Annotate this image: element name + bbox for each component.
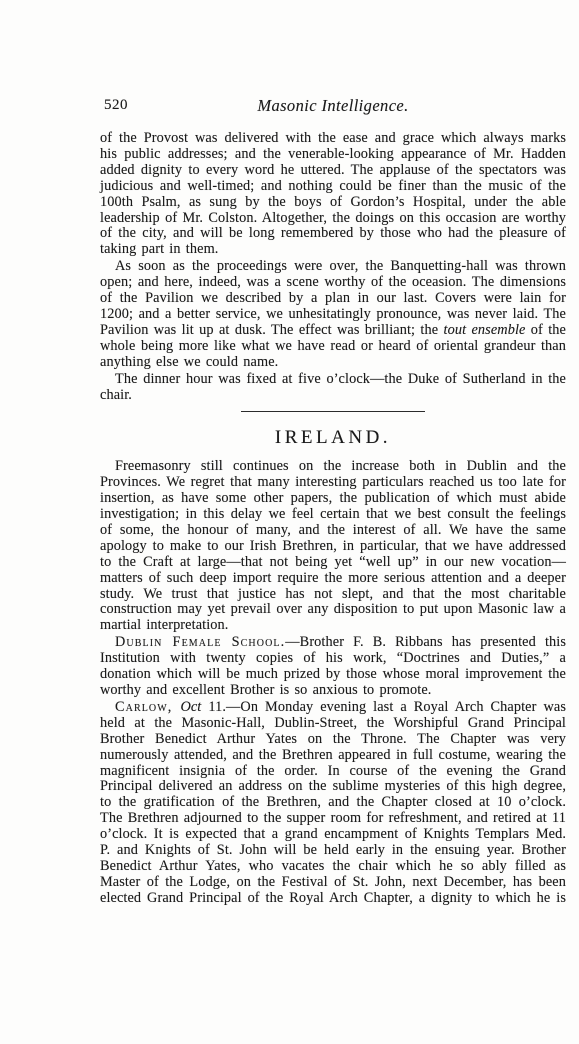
page-content: 520 Masonic Intelligence. of the Provost… <box>100 96 566 908</box>
paragraph-dublin-female-school: Dublin Female School.—Brother F. B. Ribb… <box>100 635 566 699</box>
smallcaps-lead-carlow: Carlow, <box>115 699 180 715</box>
paragraph-dinner-hour: The dinner hour was fixed at five o’cloc… <box>100 372 566 404</box>
scanned-book-page: 520 Masonic Intelligence. of the Provost… <box>0 0 579 1044</box>
running-title: Masonic Intelligence. <box>100 96 566 116</box>
article-body: of the Provost was delivered with the ea… <box>100 131 566 907</box>
smallcaps-lead-dublin-female-school: Dublin Female School. <box>115 634 285 650</box>
italic-phrase-tout-ensemble: tout ensemble <box>444 322 526 338</box>
page-number: 520 <box>104 97 128 114</box>
section-divider-rule <box>241 411 425 412</box>
paragraph-carlow-report: Carlow, Oct 11.—On Monday evening last a… <box>100 700 566 907</box>
paragraph-ireland-intro: Freemasonry still continues on the incre… <box>100 459 566 634</box>
section-heading-ireland: IRELAND. <box>100 430 566 446</box>
italic-date-oct: Oct <box>180 699 201 715</box>
paragraph-banquetting-hall: As soon as the proceedings were over, th… <box>100 259 566 370</box>
paragraph-provost-address: of the Provost was delivered with the ea… <box>100 131 566 258</box>
page-header: 520 Masonic Intelligence. <box>100 96 566 117</box>
paragraph-text-run: 11.—On Monday evening last a Royal Arch … <box>100 699 566 906</box>
